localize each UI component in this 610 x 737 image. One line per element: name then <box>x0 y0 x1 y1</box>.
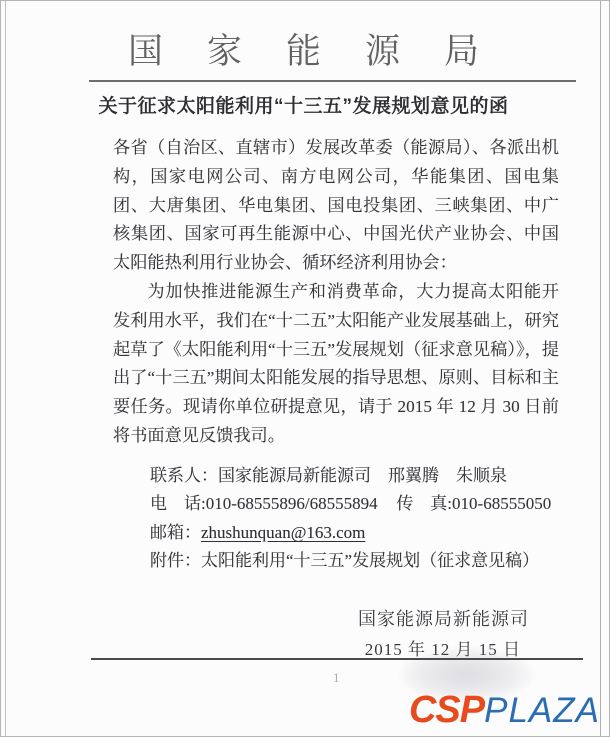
letter-body: 各省（自治区、直辖市）发展改革委（能源局）、各派出机构，国家电网公司、南方电网公… <box>113 134 559 451</box>
scanned-letter-page: 国家能源局 关于征求太阳能利用“十三五”发展规划意见的函 各省（自治区、直辖市）… <box>0 0 610 737</box>
signature-department: 国家能源局新能源司 <box>1 605 529 631</box>
recipients-paragraph: 各省（自治区、直辖市）发展改革委（能源局）、各派出机构，国家电网公司、南方电网公… <box>113 134 559 278</box>
phone-label: 电 话: <box>150 494 206 513</box>
attachment-value: 太阳能利用“十三五”发展规划（征求意见稿） <box>201 551 539 570</box>
fax-label: 传 真: <box>396 494 452 513</box>
contact-block: 联系人：国家能源局新能源司 邢翼腾 朱顺泉 电 话:010-68555896/6… <box>150 462 582 576</box>
email-label: 邮箱： <box>150 523 201 542</box>
contact-person-value: 国家能源局新能源司 邢翼腾 朱顺泉 <box>218 466 507 485</box>
attachment-row: 附件：太阳能利用“十三五”发展规划（征求意见稿） <box>150 547 582 575</box>
attachment-label: 附件： <box>150 551 201 570</box>
email-link[interactable]: zhushunquan@163.com <box>201 523 365 542</box>
page-number: 1 <box>333 670 340 686</box>
agency-title: 国家能源局 <box>6 24 601 74</box>
footer-rule <box>91 658 583 660</box>
agency-title-text: 国家能源局 <box>128 32 523 71</box>
contact-person-row: 联系人：国家能源局新能源司 邢翼腾 朱顺泉 <box>150 462 582 490</box>
contact-person-label: 联系人： <box>150 466 218 485</box>
csp-logo-text: CSP <box>409 689 484 731</box>
document-title: 关于征求太阳能利用“十三五”发展规划意见的函 <box>6 91 601 118</box>
contact-email-row: 邮箱：zhushunquan@163.com <box>150 519 582 547</box>
plaza-logo-text: PLAZA <box>484 691 600 730</box>
fax-value: 010-68555050 <box>452 494 551 513</box>
body-paragraph: 为加快推进能源生产和消费革命，大力提高太阳能开发利用水平，我们在“十二五”太阳能… <box>113 278 559 451</box>
header-rule <box>89 80 576 82</box>
phone-value: 010-68555896/68555894 <box>206 494 378 513</box>
contact-phone-row: 电 话:010-68555896/68555894传 真:010-6855505… <box>150 490 582 518</box>
csp-plaza-logo: CSPPLAZA <box>409 691 600 729</box>
